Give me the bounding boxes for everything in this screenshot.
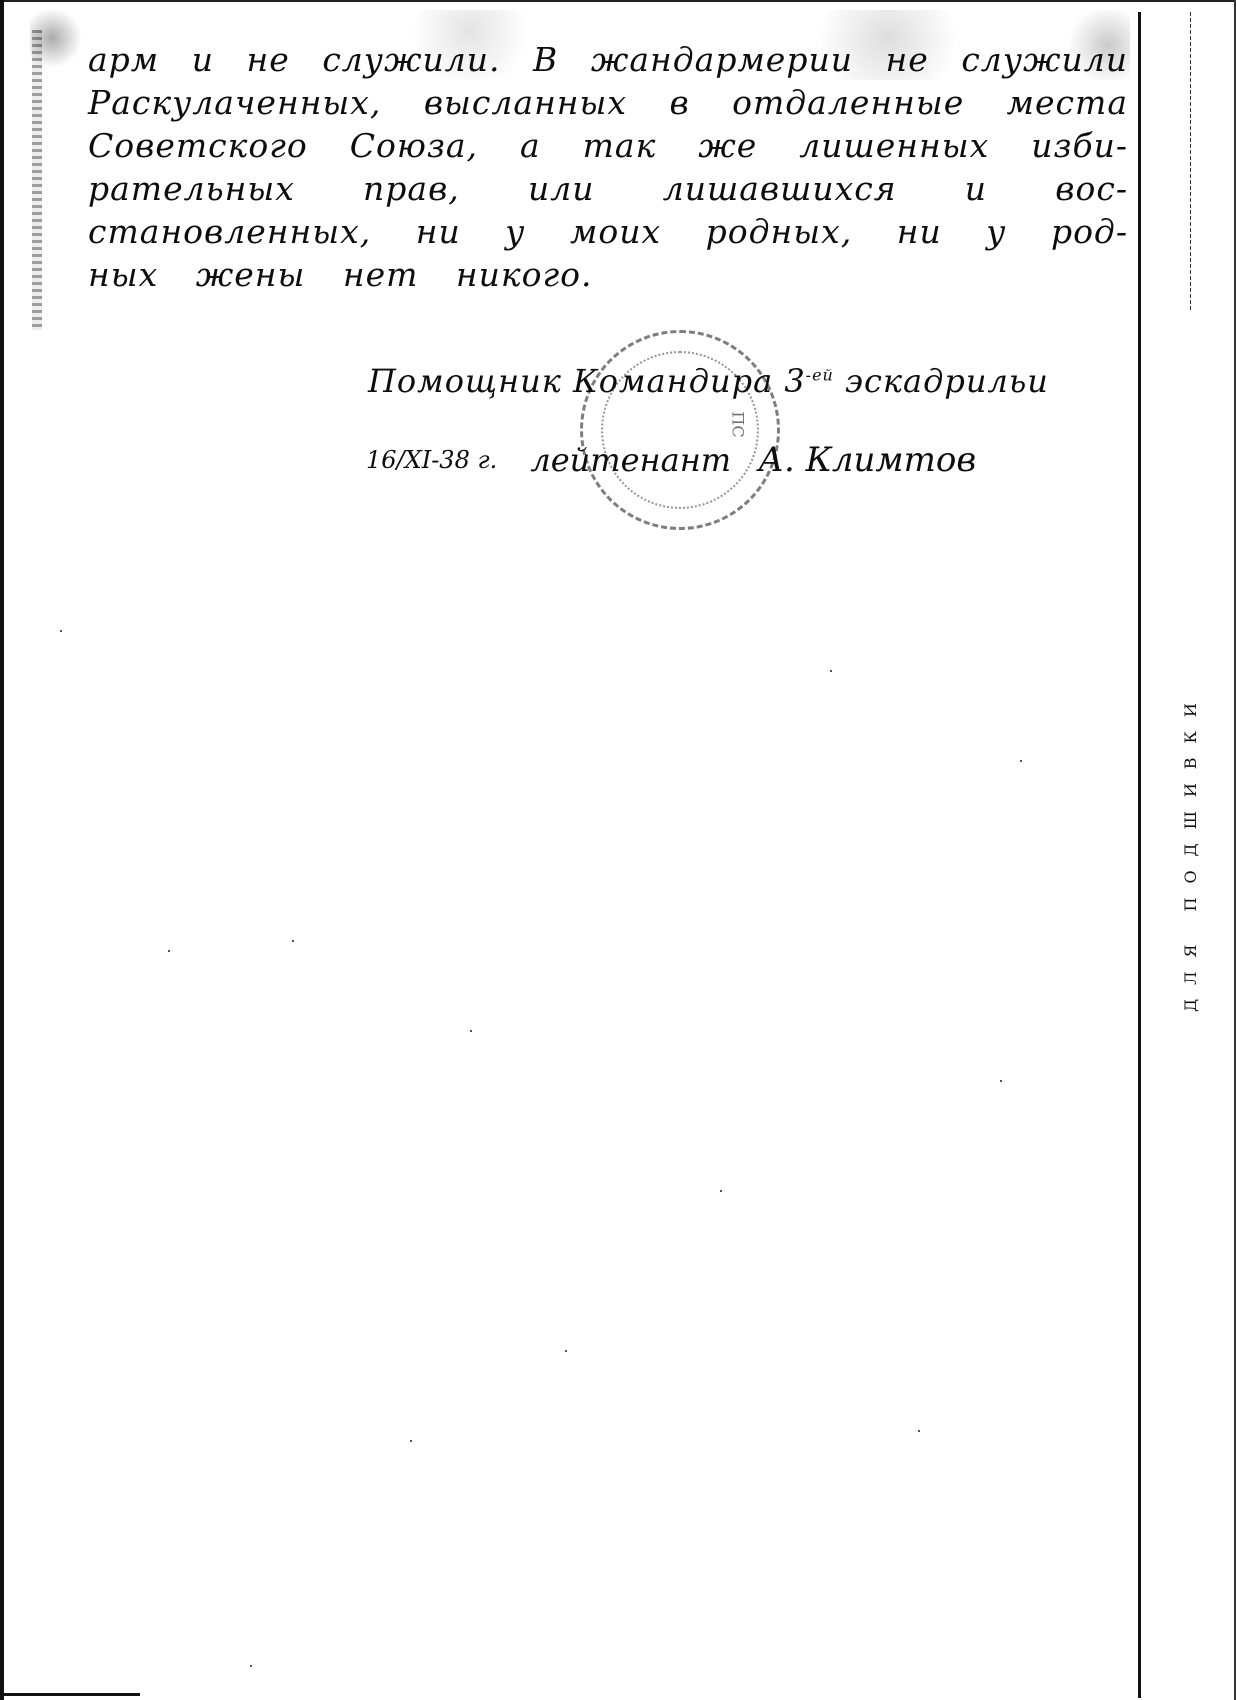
scan-dust (168, 950, 170, 952)
scanned-document-page: ДЛЯ ПОДШИВКИ арм и не служили. В жандарм… (0, 0, 1236, 1700)
scan-edge-bottom-strip (0, 1693, 140, 1696)
scan-dust (250, 1665, 252, 1667)
signatory-title-main: Помощник Командира 3 (368, 362, 806, 400)
body-line: становленных, ни у моих родных, ни у род… (88, 210, 1128, 253)
scan-dust (720, 1190, 722, 1192)
body-line: Раскулаченных, высланных в отдаленные ме… (88, 81, 1128, 124)
handwritten-body: арм и не служили. В жандармерии не служи… (88, 38, 1128, 296)
signature-date: 16/XI-38 г. (366, 446, 497, 474)
binding-margin-dotted-rule (1190, 12, 1191, 312)
signatory-rank: лейтенант (530, 441, 731, 479)
scan-noise-left (32, 30, 42, 330)
scan-dust (1020, 760, 1022, 762)
scan-dust (918, 1430, 920, 1432)
margin-label-text: ДЛЯ ПОДШИВКИ (1181, 689, 1200, 1012)
body-line: ных жены нет никого. (88, 253, 1128, 296)
scan-edge-top (0, 0, 1236, 2)
signature-line: 16/XI-38 г. лейтенант А. Климтов (366, 440, 976, 480)
scan-edge-left (0, 0, 4, 1700)
binding-margin-label: ДЛЯ ПОДШИВКИ (1178, 670, 1202, 1030)
scan-dust (60, 630, 62, 632)
official-round-stamp: ПС (580, 330, 780, 530)
body-line: арм и не служили. В жандармерии не служи… (88, 38, 1128, 81)
signatory-title: Помощник Командира 3-ей эскадрильи (368, 362, 1049, 400)
scan-dust (830, 670, 832, 672)
body-line: рательных прав, или лишавшихся и вос- (88, 167, 1128, 210)
stamp-text: ПС (728, 411, 747, 437)
body-line: Советского Союза, а так же лишенных изби… (88, 124, 1128, 167)
scan-dust (410, 1440, 412, 1442)
signatory-name: А. Климтов (758, 440, 976, 480)
binding-margin-rule (1138, 12, 1141, 1698)
scan-dust (470, 1030, 472, 1032)
signatory-title-suffix: -ей (806, 365, 834, 384)
scan-dust (292, 940, 294, 942)
scan-dust (565, 1350, 567, 1352)
signatory-title-tail: эскадрильи (845, 362, 1049, 400)
scan-dust (1000, 1080, 1002, 1082)
